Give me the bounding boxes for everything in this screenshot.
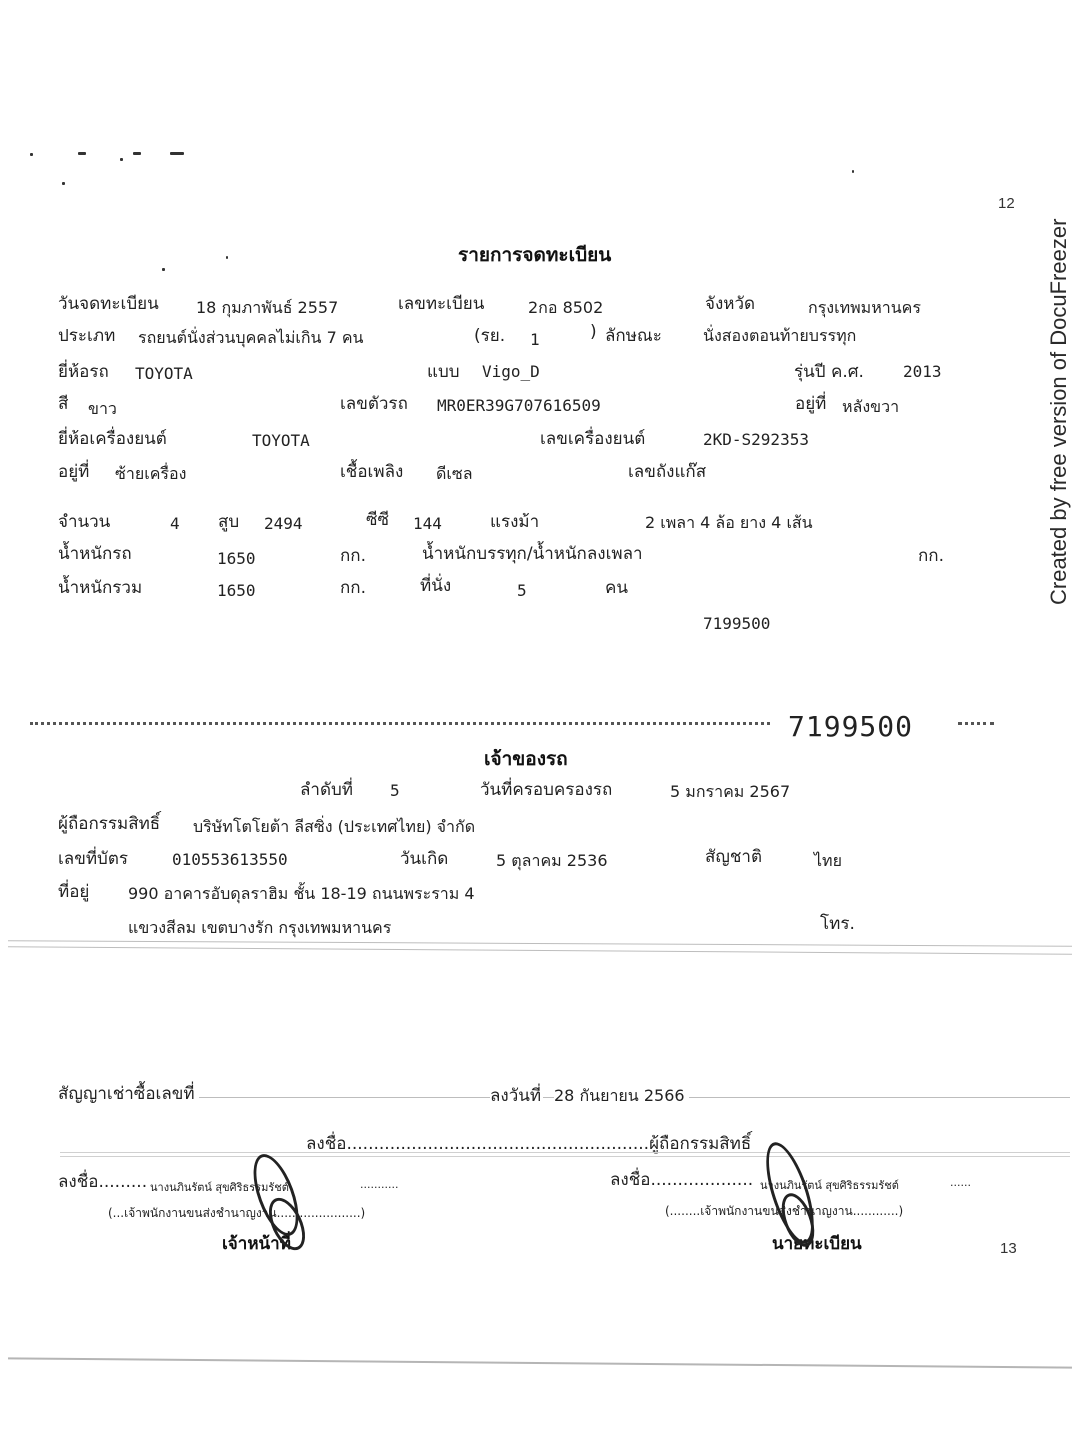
signing-date: 28 กันยายน 2566 (554, 1084, 689, 1109)
hp-label: แรงม้า (490, 508, 539, 535)
gross-weight-label: น้ำหนักรวม (58, 574, 142, 601)
kg-unit: กก. (918, 542, 944, 569)
seats-label: ที่นั่ง (420, 572, 451, 599)
engine-number: 2KD-S292353 (703, 430, 809, 449)
holder-label: ผู้ถือกรรมสิทธิ์ (58, 810, 160, 837)
cylinder-label: สูบ (218, 508, 239, 535)
watermark: Created by free version of DocuFreezer (1046, 219, 1072, 605)
order-label: ลำดับที่ (300, 776, 353, 803)
address-line1: 990 อาคารอับดุลราฮิม ชั้น 18-19 ถนนพระรา… (128, 882, 475, 907)
page-number-bottom: 13 (1000, 1240, 1017, 1257)
kg-unit: กก. (340, 574, 366, 601)
vehicle-color: ขาว (88, 397, 117, 422)
registrar-sign-label: ลงชื่อ................... (610, 1166, 753, 1193)
gas-tank-label: เลขถังแก๊ส (628, 458, 706, 485)
nationality-label: สัญชาติ (705, 843, 762, 870)
kg-unit: กก. (340, 542, 366, 569)
registrar-name-dots: ...... (950, 1176, 971, 1189)
cylinder: 2494 (264, 514, 303, 533)
id-number: 010553613550 (172, 850, 288, 869)
model-label: แบบ (427, 358, 460, 385)
officer-position: (...เจ้าพนักงานขนส่งชำนาญงาน............… (108, 1204, 365, 1223)
style-label: ลักษณะ (605, 322, 662, 349)
page-number-top: 12 (998, 195, 1015, 212)
scan-speck (78, 152, 86, 155)
fuel-label: เชื้อเพลิง (340, 458, 403, 485)
registration-date: 18 กุมภาพันธ์ 2557 (196, 296, 338, 321)
dotted-separator (30, 722, 770, 725)
ry-label: (รย. (474, 322, 505, 349)
scan-speck (852, 170, 854, 173)
officer-sign-label: ลงชื่อ......... (58, 1168, 147, 1195)
date-of-birth: 5 ตุลาคม 2536 (496, 849, 608, 874)
engine-brand: TOYOTA (252, 431, 310, 450)
engine-brand-label: ยี่ห้อเครื่องยนต์ (58, 425, 167, 452)
holder-name: บริษัทโตโยต้า ลีสซิ่ง (ประเทศไทย) จำกัด (193, 815, 475, 840)
scan-speck (226, 256, 228, 259)
code-small: 7199500 (703, 614, 770, 633)
count: 4 (170, 514, 180, 533)
divider (60, 1152, 1070, 1153)
divider (8, 940, 1072, 947)
cc-label: ซีซี (366, 506, 389, 533)
vin-label: เลขตัวรถ (340, 390, 408, 417)
model-year: 2013 (903, 362, 942, 381)
address-label: ที่อยู่ (58, 878, 89, 905)
ry-close: ) (590, 322, 597, 342)
vin-location-label: อยู่ที่ (795, 390, 826, 417)
possession-date: 5 มกราคม 2567 (670, 780, 790, 805)
owner-order: 5 (390, 781, 400, 800)
phone-label: โทร. (820, 910, 855, 937)
type-label: ประเภท (58, 322, 115, 349)
vin: MR0ER39G707616509 (437, 396, 601, 415)
plate-number: 2กอ 8502 (528, 296, 603, 321)
axles: 2 เพลา 4 ล้อ ยาง 4 เส้น (645, 511, 813, 536)
count-label: จำนวน (58, 508, 110, 535)
scan-speck (162, 268, 165, 271)
id-label: เลขที่บัตร (58, 845, 128, 872)
weight-label: น้ำหนักรถ (58, 540, 132, 567)
owner-title: เจ้าของรถ (484, 744, 568, 774)
address-line2: แขวงสีลม เขตบางรัก กรุงเทพมหานคร (128, 916, 391, 941)
persons-label: คน (605, 574, 628, 601)
vehicle-type: รถยนต์นั่งส่วนบุคคลไม่เกิน 7 คน (138, 326, 363, 351)
engine-no-label: เลขเครื่องยนต์ (540, 425, 645, 452)
color-label: สี (58, 390, 68, 417)
scan-speck (30, 153, 33, 156)
vehicle-style: นั่งสองตอนท้ายบรรทุก (703, 324, 856, 349)
seats: 5 (517, 581, 527, 600)
brand: TOYOTA (135, 364, 193, 383)
weight: 1650 (217, 549, 256, 568)
registration-date-label: วันจดทะเบียน (58, 290, 159, 317)
engine-location-label: อยู่ที่ (58, 458, 89, 485)
province-label: จังหวัด (705, 290, 755, 317)
fuel-type: ดีเซล (436, 462, 473, 487)
scan-speck (133, 152, 141, 155)
lease-label: สัญญาเช่าซื้อเลขที่ (58, 1080, 199, 1107)
dob-label: วันเกิด (400, 845, 448, 872)
load-label: น้ำหนักบรรทุก/น้ำหนักลงเพลา (422, 540, 643, 567)
divider (60, 1156, 1070, 1157)
engine-location: ซ้ายเครื่อง (115, 462, 186, 487)
cc: 144 (413, 514, 442, 533)
gross-weight: 1650 (217, 581, 256, 600)
registrar-title: นายทะเบียน (772, 1230, 862, 1257)
registration-title: รายการจดทะเบียน (458, 240, 611, 270)
nationality: ไทย (814, 849, 842, 874)
province: กรุงเทพมหานคร (808, 296, 921, 321)
year-label: รุ่นปี ค.ศ. (794, 358, 864, 385)
code-large: 7199500 (788, 710, 913, 743)
ry-value: 1 (530, 330, 540, 349)
vin-location: หลังขวา (842, 395, 899, 420)
divider (8, 946, 1072, 954)
divider (8, 1357, 1072, 1368)
dotted-separator (958, 722, 994, 725)
model: Vigo_D (482, 362, 540, 381)
brand-label: ยี่ห้อรถ (58, 358, 109, 385)
date-label: ลงวันที่ (490, 1082, 543, 1109)
scan-speck (62, 182, 65, 185)
officer-name-dots: ........... (360, 1178, 398, 1191)
plate-label: เลขทะเบียน (398, 290, 484, 317)
possession-date-label: วันที่ครอบครองรถ (480, 776, 612, 803)
scan-speck (120, 158, 123, 161)
scan-speck (170, 152, 184, 155)
